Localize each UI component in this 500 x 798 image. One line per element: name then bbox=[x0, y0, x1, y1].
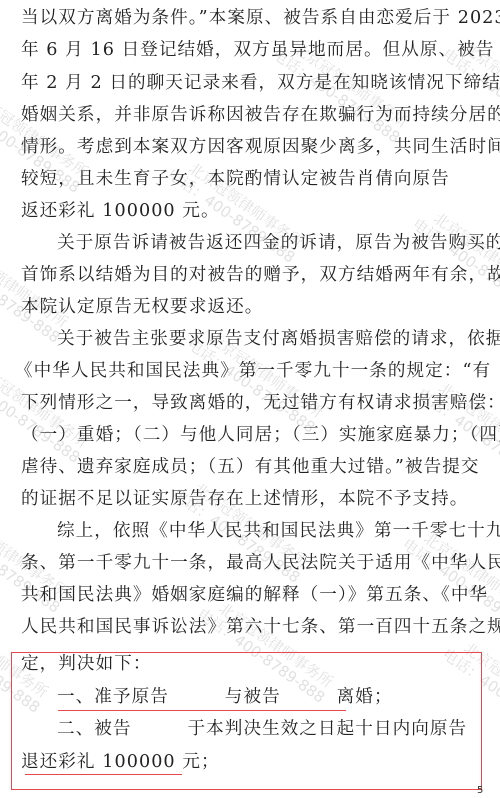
body-line: 情形。考虑到本案双方因客观原因聚少离多，共同生活时间 bbox=[21, 132, 483, 162]
page-number: 5 bbox=[477, 785, 483, 796]
document-page: 北京冠领律师事务所 电话：400-8789-888 北京冠领律师事务所 电话：4… bbox=[0, 0, 500, 798]
highlight-box-annotation bbox=[11, 652, 482, 790]
body-line: 首饰系以结婚为目的对被告的赠予，双方结婚两年有余，故 bbox=[21, 260, 483, 290]
paragraph-start-line: 综上，依照《中华人民共和国民法典》第一千零七十九 bbox=[57, 516, 483, 546]
body-line: 条、第一千零九十一条，最高人民法院关于适用《中华人民 bbox=[21, 548, 483, 578]
body-line: 下列情形之一，导致离婚的，无过错方有权请求损害赔偿： bbox=[21, 388, 483, 418]
body-line: 本院认定原告无权要求返还。 bbox=[21, 292, 483, 322]
body-line: 年 6 月 16 日登记结婚，双方虽异地而居。但从原、被告 2023 bbox=[21, 35, 483, 65]
underline-annotation bbox=[25, 774, 182, 775]
body-line: （一）重婚；（二）与他人同居；（三）实施家庭暴力；（四） bbox=[21, 420, 483, 450]
body-line: 虐待、遗弃家庭成员；（五）有其他重大过错。”被告提交 bbox=[21, 452, 483, 482]
body-line: 的证据不足以证实原告存在上述情形，本院不予支持。 bbox=[21, 484, 483, 514]
body-line: 共和国民法典》婚姻家庭编的解释（一）》第五条、《中华 bbox=[21, 580, 483, 610]
underline-annotation bbox=[58, 710, 346, 711]
body-line: 人民共和国民事诉讼法》第六十七条、第一百四十五条之规 bbox=[21, 612, 483, 642]
body-line: 婚姻关系，并非原告诉称因被告存在欺骗行为而持续分居的 bbox=[21, 100, 483, 130]
paragraph-start-line: 关于被告主张要求原告支付离婚损害赔偿的请求，依据 bbox=[57, 324, 483, 354]
body-line: 年 2 月 2 日的聊天记录来看，双方是在知晓该情况下缔结的 bbox=[21, 68, 483, 98]
paragraph-start-line: 关于原告诉请被告返还四金的诉请，原告为被告购买的 bbox=[57, 228, 483, 258]
body-line: 《中华人民共和国民法典》第一千零九十一条的规定：“有 bbox=[15, 356, 477, 386]
body-line: 当以双方离婚为条件。”本案原、被告系自由恋爱后于 2023 bbox=[21, 3, 483, 33]
body-line: 返还彩礼 100000 元。 bbox=[21, 196, 483, 226]
body-line: 较短，且未生育子女，本院酌情认定被告肖倩向原告 bbox=[21, 164, 483, 194]
